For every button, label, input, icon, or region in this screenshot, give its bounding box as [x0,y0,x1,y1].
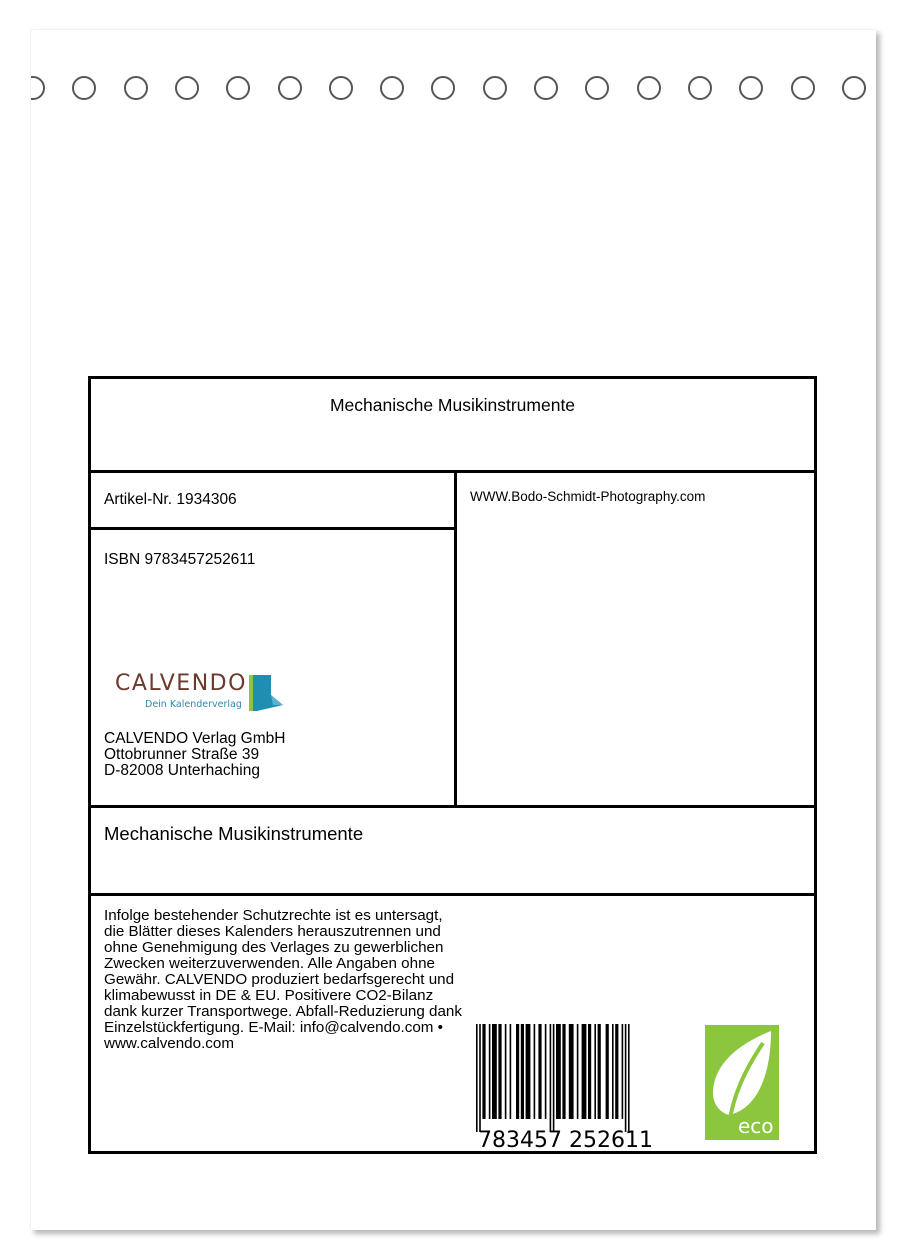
legal-notice: Infolge bestehender Schutzrechte ist es … [104,908,464,1052]
publisher-address: CALVENDO Verlag GmbH Ottobrunner Straße … [104,731,285,779]
binding-hole [585,76,609,100]
divider [91,805,814,808]
article-number: Artikel-Nr. 1934306 [104,491,237,509]
eco-badge: eco [705,1025,779,1140]
divider [454,470,457,808]
svg-text:eco: eco [738,1114,774,1138]
title-top: Mechanische Musikinstrumente [91,395,814,416]
binding-hole [431,76,455,100]
logo-tagline: Dein Kalenderverlag [145,699,242,710]
binding-hole [688,76,712,100]
binding-hole [842,76,866,100]
binding-hole [739,76,763,100]
binding-hole [31,76,45,100]
calendar-flag-icon [247,673,287,713]
binding-hole [226,76,250,100]
binding-hole [791,76,815,100]
binding-hole [278,76,302,100]
divider [91,470,814,473]
binding-hole [380,76,404,100]
svg-text:252611: 252611 [569,1128,653,1149]
info-box: Mechanische Musikinstrumente Artikel-Nr.… [88,376,817,1154]
svg-text:783457: 783457 [478,1128,562,1149]
binding-hole [534,76,558,100]
binding-hole [124,76,148,100]
binding-hole [637,76,661,100]
calvendo-logo: CALVENDO Dein Kalenderverlag [111,671,291,721]
leaf-icon: eco [705,1025,779,1140]
binding-holes [31,76,876,102]
title-mid: Mechanische Musikinstrumente [104,823,363,845]
binding-hole [329,76,353,100]
isbn: ISBN 9783457252611 [104,551,255,569]
binding-hole [483,76,507,100]
isbn-barcode: 9 783457 252611 [466,1024,666,1149]
logo-wordmark: CALVENDO [115,671,247,696]
divider [91,527,455,530]
divider [91,893,814,896]
website-link[interactable]: WWW.Bodo-Schmidt-Photography.com [470,489,705,504]
binding-hole [72,76,96,100]
binding-hole [175,76,199,100]
